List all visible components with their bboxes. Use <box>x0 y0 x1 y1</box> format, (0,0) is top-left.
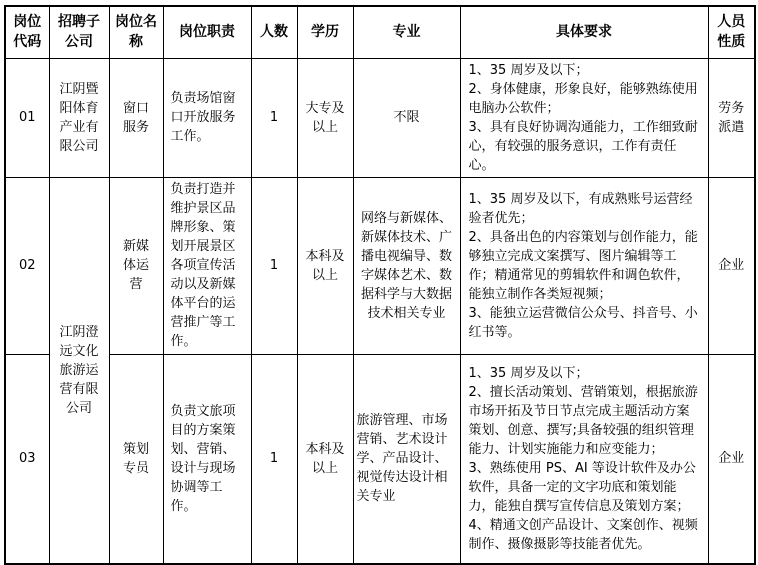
cell-duties: 负责文旅项目的方案策划、营销、设计与现场协调等工作。 <box>163 354 251 564</box>
header-duties: 岗位职责 <box>163 6 251 58</box>
header-major: 专业 <box>353 6 460 58</box>
table-row-02: 02 江阴澄远文化旅游运营有限公司 新媒体运营 负责打造并维护景区品牌形象、策划… <box>5 177 755 354</box>
cell-personnel-type: 企业 <box>708 354 755 564</box>
cell-code: 02 <box>5 177 49 354</box>
cell-duties: 负责打造并维护景区品牌形象、策划开展景区各项宣传活动以及新媒体平台的运营推广等工… <box>163 177 251 354</box>
requirement-item: 2、擅长活动策划、营销策划，根据旅游市场开拓及节日节点完成主题活动方案策划、创意… <box>469 383 700 459</box>
header-position: 岗位名称 <box>109 6 163 58</box>
cell-requirements: 1、35 周岁及以下；2、擅长活动策划、营销策划，根据旅游市场开拓及节日节点完成… <box>460 354 708 564</box>
header-requirements: 具体要求 <box>460 6 708 58</box>
cell-company-merged: 江阴澄远文化旅游运营有限公司 <box>49 177 109 564</box>
requirement-item: 3、熟练使用 PS、AI 等设计软件及办公软件，具备一定的文字功底和策划能力，能… <box>469 459 700 516</box>
cell-major: 不限 <box>353 58 460 177</box>
cell-code: 03 <box>5 354 49 564</box>
cell-duties: 负责场馆窗口开放服务工作。 <box>163 58 251 177</box>
header-code: 岗位代码 <box>5 6 49 58</box>
cell-major: 旅游管理、市场营销、艺术设计学、产品设计、视觉传达设计相关专业 <box>353 354 460 564</box>
cell-personnel-type: 劳务派遣 <box>708 58 755 177</box>
job-postings-table: 岗位代码 招聘子公司 岗位名称 岗位职责 人数 学历 专业 具体要求 人员性质 … <box>4 5 756 565</box>
cell-requirements: 1、35 周岁及以下，有成熟账号运营经验者优先；2、具备出色的内容策划与创作能力… <box>460 177 708 354</box>
requirement-item: 4、精通文创产品设计、文案创作、视频制作、摄像摄影等技能者优先。 <box>469 516 700 554</box>
requirement-item: 3、能独立运营微信公众号、抖音号、小红书等。 <box>469 304 700 342</box>
requirement-item: 3、具有良好协调沟通能力，工作细致耐心，有较强的服务意识，工作有责任心。 <box>469 118 700 175</box>
table-row-01: 01 江阴暨阳体育产业有限公司 窗口服务 负责场馆窗口开放服务工作。 1 大专及… <box>5 58 755 177</box>
header-type: 人员性质 <box>708 6 755 58</box>
requirement-item: 1、35 周岁及以下，有成熟账号运营经验者优先； <box>469 190 700 228</box>
requirement-item: 2、身体健康，形象良好，能够熟练使用电脑办公软件； <box>469 80 700 118</box>
cell-position: 策划专员 <box>109 354 163 564</box>
cell-education: 本科及以上 <box>297 177 353 354</box>
header-count: 人数 <box>251 6 297 58</box>
cell-code: 01 <box>5 58 49 177</box>
cell-personnel-type: 企业 <box>708 177 755 354</box>
cell-education: 本科及以上 <box>297 354 353 564</box>
table-header-row: 岗位代码 招聘子公司 岗位名称 岗位职责 人数 学历 专业 具体要求 人员性质 <box>5 6 755 58</box>
requirement-item: 1、35 周岁及以下； <box>469 364 700 383</box>
header-education: 学历 <box>297 6 353 58</box>
requirement-item: 1、35 周岁及以下； <box>469 61 700 80</box>
requirement-item: 2、具备出色的内容策划与创作能力，能够独立完成文案撰写、图片编辑等工作；精通常见… <box>469 228 700 304</box>
cell-major: 网络与新媒体、新媒体技术、广播电视编导、数字媒体艺术、数据科学与大数据技术相关专… <box>353 177 460 354</box>
cell-position: 新媒体运营 <box>109 177 163 354</box>
cell-company: 江阴暨阳体育产业有限公司 <box>49 58 109 177</box>
cell-count: 1 <box>251 177 297 354</box>
page: 岗位代码 招聘子公司 岗位名称 岗位职责 人数 学历 专业 具体要求 人员性质 … <box>0 0 758 562</box>
cell-requirements: 1、35 周岁及以下；2、身体健康，形象良好，能够熟练使用电脑办公软件；3、具有… <box>460 58 708 177</box>
cell-count: 1 <box>251 58 297 177</box>
cell-position: 窗口服务 <box>109 58 163 177</box>
header-company: 招聘子公司 <box>49 6 109 58</box>
cell-count: 1 <box>251 354 297 564</box>
table-row-03: 03 策划专员 负责文旅项目的方案策划、营销、设计与现场协调等工作。 1 本科及… <box>5 354 755 564</box>
cell-education: 大专及以上 <box>297 58 353 177</box>
